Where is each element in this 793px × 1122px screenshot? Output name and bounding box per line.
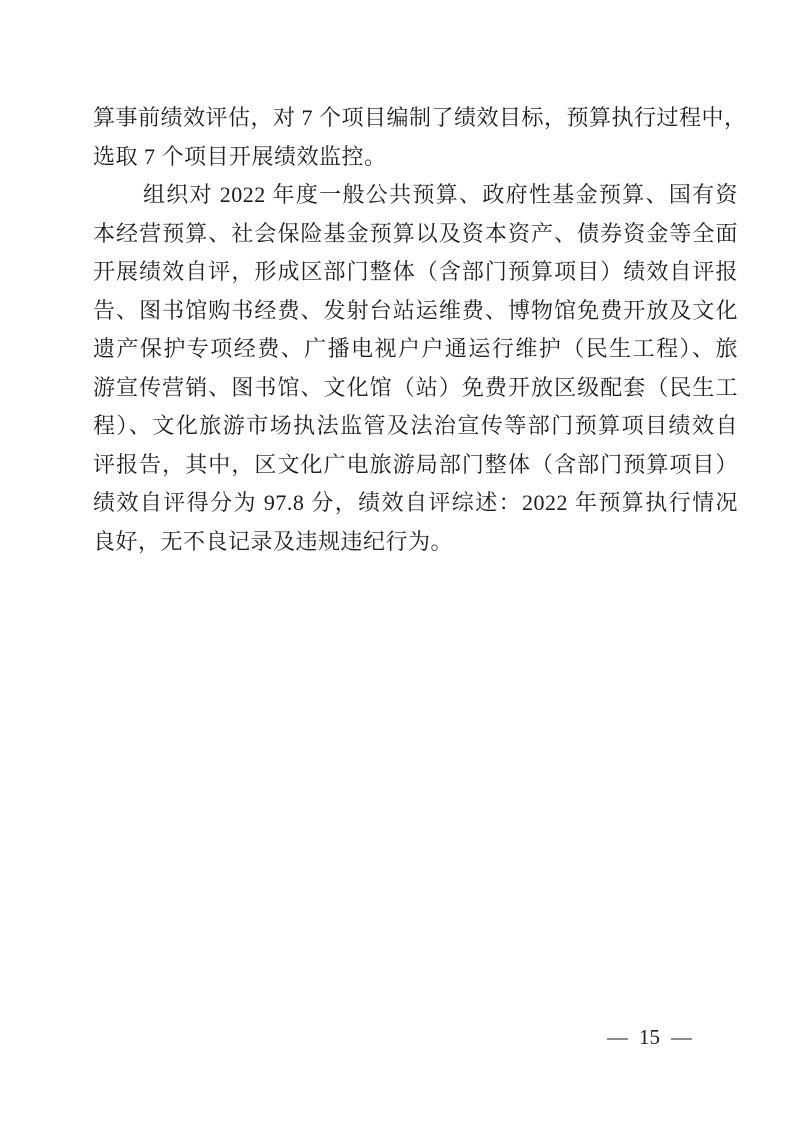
text-line: 组织对 2022 年度一般公共预算、政府性基金预算、国有资 [93, 176, 738, 215]
footer-dash-left: — [607, 1027, 628, 1048]
page-number: 15 [639, 1027, 660, 1048]
footer-dash-right: — [671, 1027, 692, 1048]
paragraph-1: 算事前绩效评估，对 7 个项目编制了绩效目标，预算执行过程中， 选取 7 个项目… [93, 99, 738, 176]
text-line: 告、图书馆购书经费、发射台站运维费、博物馆免费开放及文化 [93, 292, 738, 331]
text-line: 良好，无不良记录及违规违纪行为。 [93, 523, 738, 562]
paragraph-2: 组织对 2022 年度一般公共预算、政府性基金预算、国有资 本经营预算、社会保险… [93, 176, 738, 561]
text-line: 游宣传营销、图书馆、文化馆（站）免费开放区级配套（民生工 [93, 369, 738, 408]
text-line: 开展绩效自评，形成区部门整体（含部门预算项目）绩效自评报 [93, 253, 738, 292]
text-line: 选取 7 个项目开展绩效监控。 [93, 138, 738, 177]
text-line: 算事前绩效评估，对 7 个项目编制了绩效目标，预算执行过程中， [93, 99, 738, 138]
document-page: 算事前绩效评估，对 7 个项目编制了绩效目标，预算执行过程中， 选取 7 个项目… [0, 0, 793, 1122]
text-line: 本经营预算、社会保险基金预算以及资本资产、债券资金等全面 [93, 215, 738, 254]
text-line: 绩效自评得分为 97.8 分，绩效自评综述：2022 年预算执行情况 [93, 484, 738, 523]
text-line: 遗产保护专项经费、广播电视户户通运行维护（民生工程）、旅 [93, 330, 738, 369]
page-footer: — 15 — [607, 1027, 692, 1048]
text-line: 评报告，其中，区文化广电旅游局部门整体（含部门预算项目） [93, 446, 738, 485]
document-body-text: 算事前绩效评估，对 7 个项目编制了绩效目标，预算执行过程中， 选取 7 个项目… [93, 99, 738, 561]
text-line: 程）、文化旅游市场执法监管及法治宣传等部门预算项目绩效自 [93, 407, 738, 446]
